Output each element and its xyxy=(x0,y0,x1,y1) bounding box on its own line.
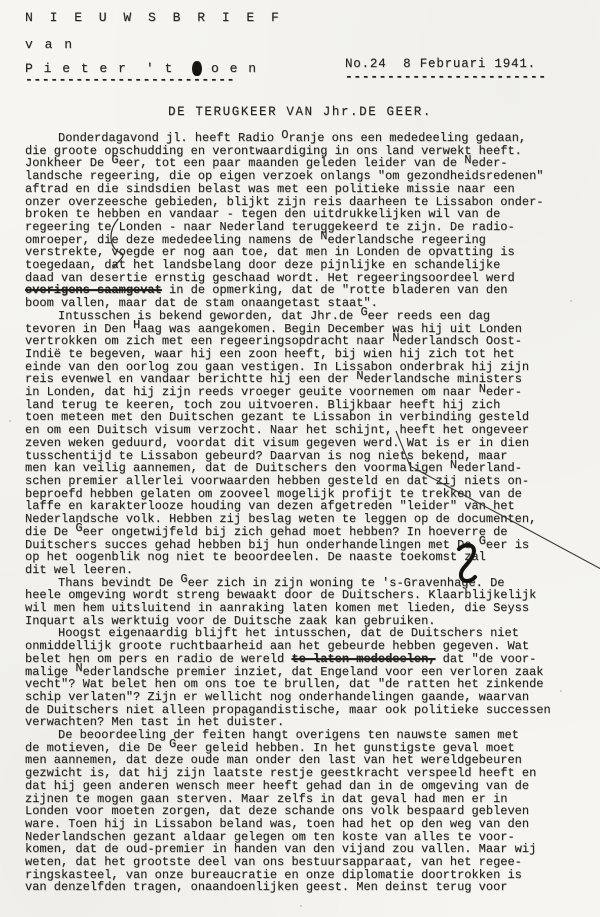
text-line: op het oogenblik nog niet te beoordeelen… xyxy=(25,551,600,564)
text-line: in Londen, dat hij zijn reeds vroeger ge… xyxy=(25,386,600,399)
scan-speckle xyxy=(560,690,562,692)
document-body: Donderdagavond jl. heeft Radio Oranje on… xyxy=(0,132,600,894)
text-line: aftrad en die sindsdien belast was met e… xyxy=(25,183,600,196)
issue-block: No.24 8 Februari 1941. -----------------… xyxy=(345,57,547,81)
paragraph: De beoordeeling der feiten hangt overige… xyxy=(25,729,600,894)
text-line: toegedaan, dat het landsbelang door deze… xyxy=(25,259,600,272)
issue-underline-rule: ------------------------ xyxy=(345,73,547,81)
text-line: Intusschen is bekend geworden, dat Jhr.d… xyxy=(25,310,600,323)
text-line: ware. Toen hij in Lissabon beland was, t… xyxy=(25,818,600,831)
paragraph: Hoogst eigenaardig blijft het intusschen… xyxy=(25,627,600,729)
page-title: DE TERUGKEER VAN Jhr.DE GEER. xyxy=(0,105,600,119)
text-line: zeven weken geduurd, voordat dit visum g… xyxy=(25,437,600,450)
ink-blot: H xyxy=(192,61,201,76)
scan-speckle xyxy=(570,300,572,302)
masthead-van: v a n xyxy=(25,37,600,52)
scan-speckle xyxy=(496,146,498,148)
text-line: De beoordeeling der feiten hangt overige… xyxy=(25,729,600,742)
text-line: wil men hem uitsluitend in aanraking lat… xyxy=(25,602,600,615)
text-line: van denzelfden tragen, onaandoenlijken g… xyxy=(25,881,600,894)
paragraph: Intusschen is bekend geworden, dat Jhr.d… xyxy=(25,310,600,577)
text-line: dat hij geen anderen wensch meer heeft g… xyxy=(25,780,600,793)
paragraph: Thans bevindt De Geer zich in zijn wonin… xyxy=(25,577,600,628)
text-line: schen premier allerlei voorwaarden hebbe… xyxy=(25,475,600,488)
text-line: schip verlaten"? Zijn er wellicht nog on… xyxy=(25,691,600,704)
text-line: Nederlandsche volk. Hebben zij beslag we… xyxy=(25,513,600,526)
text-line: landsche regeering, die op eigen verzoek… xyxy=(25,170,600,183)
text-line: regeering te Londen - naar Nederland ter… xyxy=(25,221,600,234)
scanned-newsletter-page: N I E U W S B R I E F v a n P i e t e r … xyxy=(0,0,600,917)
text-line: Indië te begeven, waar hij een zoon heef… xyxy=(25,348,600,361)
text-line: belet hen om pers en radio de wereld te … xyxy=(25,653,600,666)
paragraph: Donderdagavond jl. heeft Radio Oranje on… xyxy=(25,132,600,310)
text-line: gezwicht is, dat hij zijn laatste restje… xyxy=(25,767,600,780)
text-line: weten, dat het grootste deel van ons bes… xyxy=(25,856,600,869)
masthead: N I E U W S B R I E F v a n P i e t e r … xyxy=(0,0,600,84)
text-line: en om een Duitsch visum verzocht. Naar h… xyxy=(25,424,600,437)
text-line: boom vallen, maar dat de stam onaangetas… xyxy=(25,297,600,310)
text-line: dit wel leeren. xyxy=(25,564,600,577)
scan-speckle xyxy=(300,905,302,907)
masthead-title: N I E U W S B R I E F xyxy=(25,10,600,25)
text-line: die De Geer ongetwijfeld bij zich gehad … xyxy=(25,526,600,539)
text-line: Donderdagavond jl. heeft Radio Oranje on… xyxy=(25,132,600,145)
scan-speckle xyxy=(9,420,11,422)
